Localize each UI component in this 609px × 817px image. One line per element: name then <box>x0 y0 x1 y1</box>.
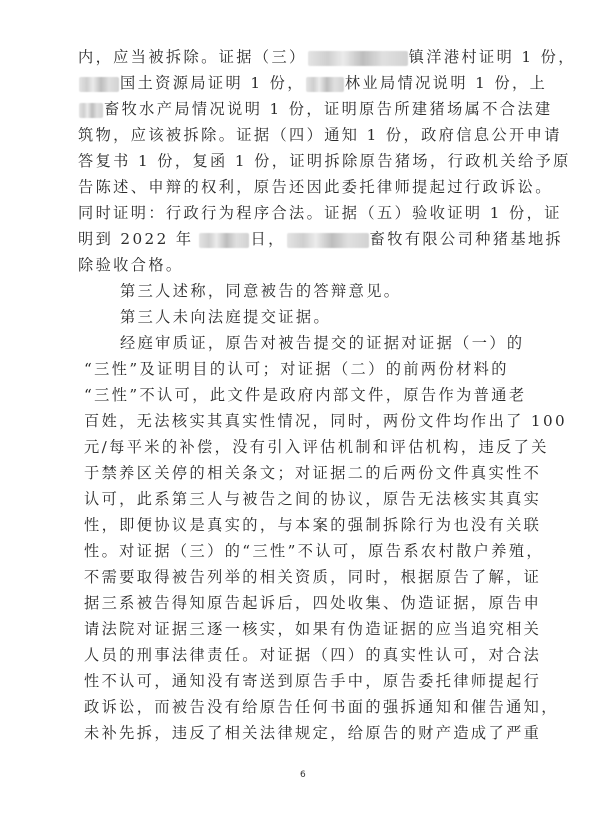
text: 畜牧水产局情况说明 1 份，证明原告所建猪场属不合法建 <box>104 100 553 118</box>
text: 经庭审质证，原告对被告提交的证据对证据（一）的 <box>120 334 525 352</box>
text-line: 性，即便协议是真实的，与本案的强制拆除行为也没有关联 <box>84 512 540 538</box>
text: 畜牧有限公司种猪基地拆 <box>370 230 563 248</box>
text: 第三人未向法庭提交证据。 <box>120 308 331 326</box>
redacted-block <box>199 233 249 248</box>
text-line: 未补先拆，违反了相关法律规定，给原告的财产造成了严重 <box>84 720 540 746</box>
document-page: 内，应当被拆除。证据（三）镇洋港村证明 1 份， 国土资源局证明 1 份，林业局… <box>0 0 609 817</box>
text: 性。对证据（三）的“三性”不认可，原告系农村散户养殖， <box>84 542 544 560</box>
page-number: 6 <box>300 770 306 780</box>
text-line: 认可，此系第三人与被告之间的协议，原告无法核实其真实 <box>84 486 540 512</box>
text: 百姓，无法核实其真实性情况，同时，两份文件均作出了 100 <box>84 412 567 430</box>
text: “三性”及证明目的认可；对证据（二）的前两份材料的 <box>84 360 509 378</box>
text: 请法院对证据三逐一核实，如果有伪造证据的应当追究相关 <box>84 620 541 638</box>
text: 答复书 1 份，复函 1 份，证明拆除原告猪场，行政机关给予原 <box>78 152 571 170</box>
text-line: 畜牧水产局情况说明 1 份，证明原告所建猪场属不合法建 <box>78 96 540 122</box>
text-line: 答复书 1 份，复函 1 份，证明拆除原告猪场，行政机关给予原 <box>78 148 540 174</box>
text: 元/每平米的补偿，没有引入评估机制和评估机构，违反了关 <box>84 438 549 456</box>
text-line: 同时证明：行政行为程序合法。证据（五）验收证明 1 份，证 <box>78 200 540 226</box>
text-line: 政诉讼，而被告没有给原告任何书面的强拆通知和催告通知， <box>84 694 540 720</box>
redacted-block <box>79 77 119 92</box>
text: 于禁养区关停的相关条文；对证据二的后两份文件真实性不 <box>84 464 541 482</box>
text-line: 明到 2022 年日，畜牧有限公司种猪基地拆 <box>78 226 540 252</box>
text-line: 性不认可，通知没有寄送到原告手中，原告委托律师提起行 <box>84 668 540 694</box>
text: 同时证明：行政行为程序合法。证据（五）验收证明 1 份，证 <box>78 204 562 222</box>
text: 镇洋港村证明 1 份， <box>409 48 576 66</box>
text: 政诉讼，而被告没有给原告任何书面的强拆通知和催告通知， <box>84 698 559 716</box>
text: 林业局情况说明 1 份，上 <box>345 74 547 92</box>
text-line: 请法院对证据三逐一核实，如果有伪造证据的应当追究相关 <box>84 616 540 642</box>
paragraph-start: 第三人述称，同意被告的答辩意见。 <box>120 278 540 304</box>
text-line: 筑物，应该被拆除。证据（四）通知 1 份，政府信息公开申请 <box>78 122 540 148</box>
text: 日， <box>250 230 285 248</box>
text-line: 元/每平米的补偿，没有引入评估机制和评估机构，违反了关 <box>84 434 540 460</box>
text: 人员的刑事法律责任。对证据（四）的真实性认可，对合法 <box>84 646 541 664</box>
text-line: 告陈述、申辩的权利，原告还因此委托律师提起过行政诉讼。 <box>78 174 540 200</box>
text-line: “三性”及证明目的认可；对证据（二）的前两份材料的 <box>84 356 540 382</box>
text: 不需要取得被告列举的相关资质，同时，根据原告了解，证 <box>84 568 541 586</box>
text-line: 性。对证据（三）的“三性”不认可，原告系农村散户养殖， <box>84 538 540 564</box>
redacted-block <box>79 103 103 118</box>
text: 性不认可，通知没有寄送到原告手中，原告委托律师提起行 <box>84 672 541 690</box>
text: 未补先拆，违反了相关法律规定，给原告的财产造成了严重 <box>84 724 541 742</box>
text: 明到 2022 年 <box>78 230 193 248</box>
text-line: 内，应当被拆除。证据（三）镇洋港村证明 1 份， <box>78 44 540 70</box>
text-line: 不需要取得被告列举的相关资质，同时，根据原告了解，证 <box>84 564 540 590</box>
text-line: 人员的刑事法律责任。对证据（四）的真实性认可，对合法 <box>84 642 540 668</box>
text: 国土资源局证明 1 份， <box>120 74 305 92</box>
text-line: 国土资源局证明 1 份，林业局情况说明 1 份，上 <box>78 70 540 96</box>
text-line: 于禁养区关停的相关条文；对证据二的后两份文件真实性不 <box>84 460 540 486</box>
text: 认可，此系第三人与被告之间的协议，原告无法核实其真实 <box>84 490 541 508</box>
paragraph-start: 经庭审质证，原告对被告提交的证据对证据（一）的 <box>120 330 540 356</box>
redacted-block <box>287 233 369 248</box>
text: 内，应当被拆除。证据（三） <box>78 48 307 66</box>
text: 据三系被告得知原告起诉后，四处收集、伪造证据，原告申 <box>84 594 541 612</box>
text: 性，即便协议是真实的，与本案的强制拆除行为也没有关联 <box>84 516 541 534</box>
text-line: “三性”不认可，此文件是政府内部文件，原告作为普通老 <box>84 382 540 408</box>
text-line: 据三系被告得知原告起诉后，四处收集、伪造证据，原告申 <box>84 590 540 616</box>
text: “三性”不认可，此文件是政府内部文件，原告作为普通老 <box>84 386 526 404</box>
text: 第三人述称，同意被告的答辩意见。 <box>120 282 401 300</box>
text-line: 除验收合格。 <box>78 252 540 278</box>
text-line: 百姓，无法核实其真实性情况，同时，两份文件均作出了 100 <box>84 408 540 434</box>
redacted-block <box>306 77 344 92</box>
redacted-block <box>308 51 408 66</box>
text: 告陈述、申辩的权利，原告还因此委托律师提起过行政诉讼。 <box>78 178 553 196</box>
text: 筑物，应该被拆除。证据（四）通知 1 份，政府信息公开申请 <box>78 126 562 144</box>
text: 除验收合格。 <box>78 256 184 274</box>
paragraph-start: 第三人未向法庭提交证据。 <box>120 304 540 330</box>
